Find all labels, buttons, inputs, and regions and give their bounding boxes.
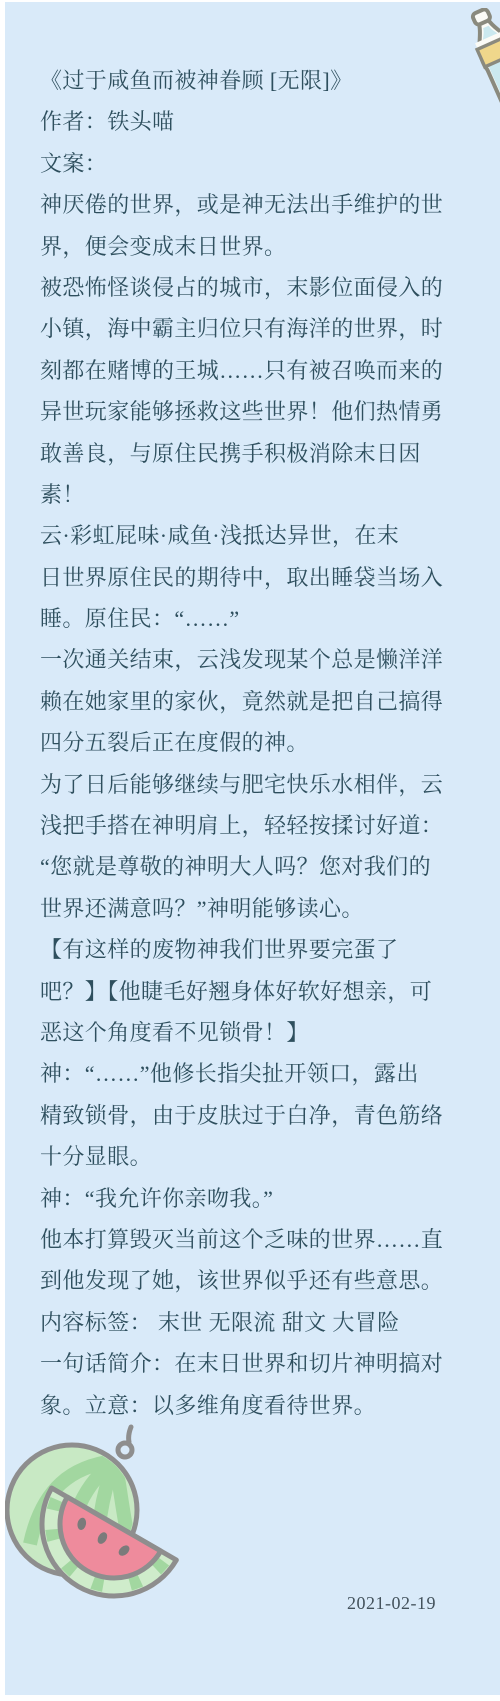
synopsis-line: 素！ [40,474,470,515]
synopsis-line: 刻都在赌博的王城……只有被召唤而来的 [40,350,470,391]
synopsis-line: “您就是尊敬的神明大人吗？您对我们的 [40,846,470,887]
synopsis-line: 被恐怖怪谈侵占的城市，末影位面侵入的 [40,267,470,308]
synopsis-line: 界，便会变成末日世界。 [40,226,470,267]
synopsis-line: 神：“……”他修长指尖扯开领口，露出 [40,1053,470,1094]
synopsis-line: 他本打算毁灭当前这个乏味的世界……直 [40,1219,470,1260]
synopsis-line: 精致锁骨，由于皮肤过于白净，青色筋络 [40,1095,470,1136]
synopsis-line: 日世界原住民的期待中，取出睡袋当场入 [40,557,470,598]
synopsis-line: 神：“我允许你亲吻我。” [40,1178,470,1219]
synopsis-line: 异世玩家能够拯救这些世界！他们热情勇 [40,391,470,432]
synopsis-line: 十分显眼。 [40,1136,470,1177]
watermelon-stem [129,1427,131,1442]
synopsis-text: 神厌倦的世界，或是神无法出手维护的世界，便会变成末日世界。被恐怖怪谈侵占的城市，… [40,184,470,1426]
caption-label: 文案： [40,143,470,184]
synopsis-line: 内容标签： 末世 无限流 甜文 大冒险 [40,1302,470,1343]
synopsis-line: 为了日后能够继续与肥宅快乐水相伴，云 [40,764,470,805]
synopsis-line: 一句话简介：在末日世界和切片神明搞对 [40,1343,470,1384]
synopsis-line: 世界还满意吗？”神明能够读心。 [40,888,470,929]
book-title: 《过于咸鱼而被神眷顾 [无限]》 [40,60,470,101]
synopsis-line: 象。立意：以多维角度看待世界。 [40,1385,470,1426]
synopsis-line: 敢善良，与原住民携手积极消除末日因 [40,433,470,474]
synopsis-line: 吧？】【他睫毛好翘身体好软好想亲，可 [40,971,470,1012]
synopsis-line: 神厌倦的世界，或是神无法出手维护的世 [40,184,470,225]
synopsis-line: 小镇，海中霸主归位只有海洋的世界，时 [40,308,470,349]
synopsis-line: 一次通关结束，云浅发现某个总是懒洋洋 [40,639,470,680]
synopsis-line: 恶这个角度看不见锁骨！】 [40,1012,470,1053]
watermelon-stem-curl [118,1443,132,1457]
synopsis-line: 【有这样的废物神我们世界要完蛋了 [40,929,470,970]
watermelon-illustration [5,1424,194,1604]
date-stamp: 2021-02-19 [347,1593,436,1614]
synopsis-line: 睡。原住民：“……” [40,598,470,639]
text-block: 《过于咸鱼而被神眷顾 [无限]》 作者：铁头喵 文案： 神厌倦的世界，或是神无法… [40,60,470,1426]
synopsis-line: 到他发现了她，该世界似乎还有些意思。 [40,1260,470,1301]
author-line: 作者：铁头喵 [40,101,470,142]
synopsis-line: 四分五裂后正在度假的神。 [40,722,470,763]
novel-intro-card: 《过于咸鱼而被神眷顾 [无限]》 作者：铁头喵 文案： 神厌倦的世界，或是神无法… [5,2,500,1695]
synopsis-line: 赖在她家里的家伙，竟然就是把自己搞得 [40,681,470,722]
synopsis-line: 浅把手搭在神明肩上，轻轻按揉讨好道： [40,805,470,846]
synopsis-line: 云·彩虹屁味·咸鱼·浅抵达异世，在末 [40,515,470,556]
